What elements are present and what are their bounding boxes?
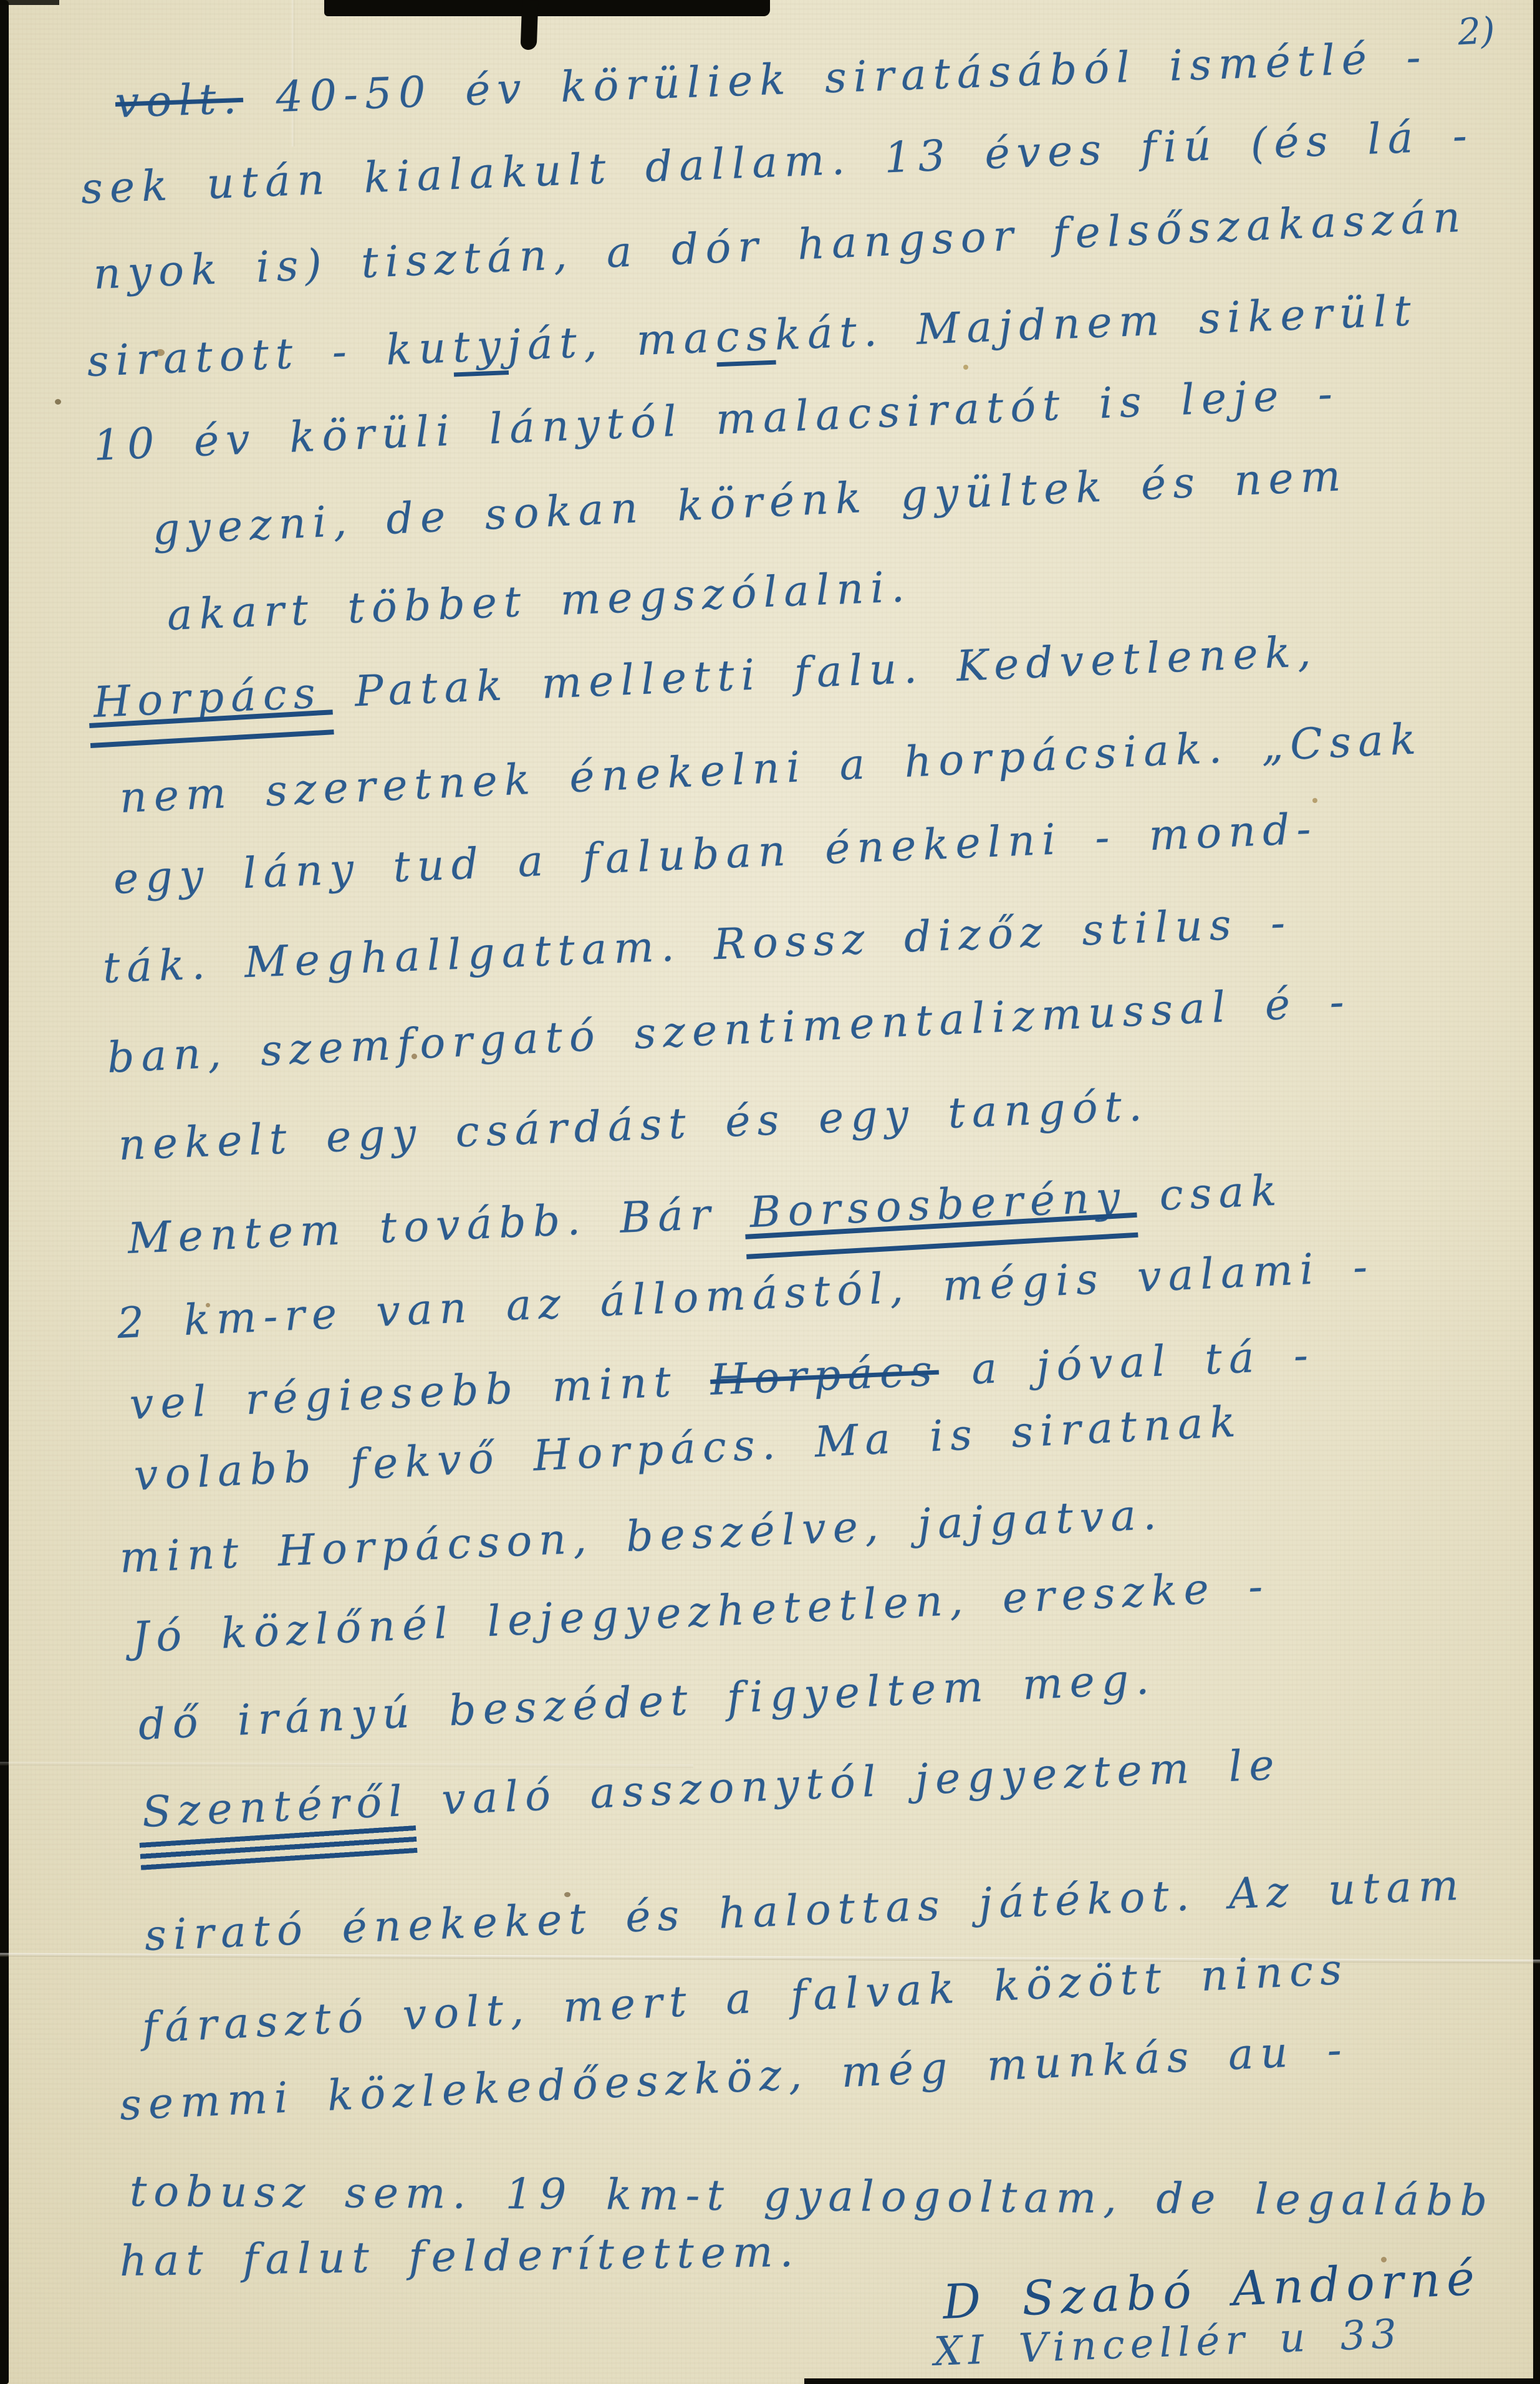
underlined-place-name: Szentéről: [142, 1779, 410, 1835]
manuscript-page: 2) volt. 40-50 év körüliek siratásából i…: [0, 0, 1540, 2384]
scan-border-right: [1533, 0, 1540, 2384]
manuscript-line: hat falut felderítettem.: [120, 2230, 801, 2284]
scan-border-bottom: [804, 2378, 1540, 2384]
scan-border-top: [324, 0, 770, 16]
underlined-letters: ty: [452, 324, 509, 377]
scan-border-left: [0, 0, 9, 2384]
underlined-place-name: Horpács: [93, 671, 323, 726]
struck-word: volt.: [115, 77, 244, 126]
text-segment: ját, ma: [506, 313, 716, 370]
scan-border-top-left: [0, 0, 59, 5]
text-segment: hat falut felderítettem.: [119, 2228, 800, 2286]
text-segment: tobusz sem. 19 km-t gyalogoltam, de lega…: [130, 2167, 1494, 2226]
scan-border-top-tear: [521, 0, 539, 50]
struck-word: Horpács: [710, 1349, 940, 1403]
manuscript-line: tobusz sem. 19 km-t gyalogoltam, de lega…: [130, 2170, 1494, 2224]
page-number: 2): [1456, 9, 1496, 53]
text-segment: csak: [1125, 1166, 1284, 1221]
underlined-letters: cs: [715, 314, 776, 367]
